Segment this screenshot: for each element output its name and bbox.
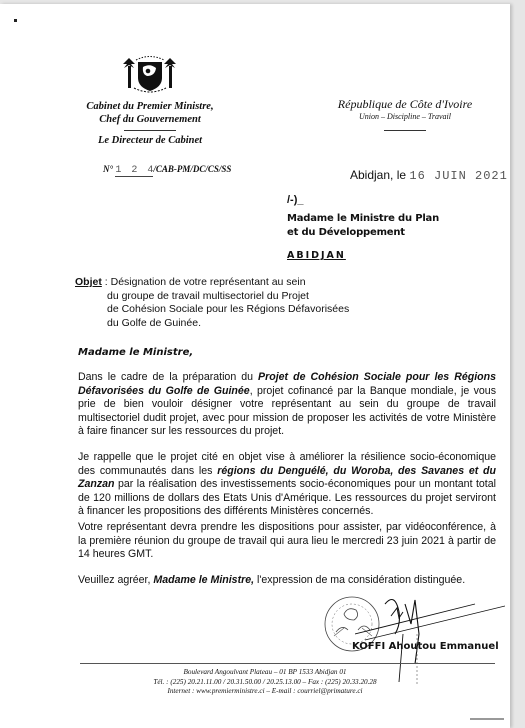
footer-web: Internet : www.premierministre.ci – E-ma… (100, 687, 430, 697)
subject-line: de Cohésion Sociale pour les Régions Déf… (75, 303, 375, 317)
date-place: Abidjan, le (350, 168, 406, 182)
date-line: Abidjan, le 16 JUIN 2021 (350, 168, 508, 183)
subject-line: du groupe de travail multisectoriel du P… (75, 290, 375, 304)
paragraph-3: Votre représentant devra prendre les dis… (78, 521, 496, 562)
paragraph-text: l'expression de ma considération disting… (254, 574, 465, 586)
paragraph-1: Dans le cadre de la préparation du Proje… (78, 371, 496, 439)
divider (124, 130, 176, 131)
addressee-line-2: et du Développement (287, 226, 439, 240)
footer-contact: Boulevard Angoulvant Plateau – 01 BP 153… (100, 668, 430, 697)
addressee-city: ABIDJAN (287, 250, 346, 261)
reference-prefix: N° (103, 164, 113, 174)
footer-address: Boulevard Angoulvant Plateau – 01 BP 153… (100, 668, 430, 678)
scan-artifact-line (470, 718, 504, 720)
divider (384, 130, 426, 131)
paragraph-text: par la réalisation des investissements s… (78, 478, 496, 517)
salutation: Madame le Ministre, (78, 347, 193, 358)
reference-stamp-number: 1 2 4 · (115, 165, 153, 177)
footer-divider (80, 663, 495, 664)
country-name: République de Côte d'Ivoire (330, 97, 480, 112)
issuer-block: Cabinet du Premier Ministre, Chef du Gou… (70, 100, 230, 147)
issuer-title: Le Directeur de Cabinet (70, 134, 230, 147)
subject-block: Objet : Désignation de votre représentan… (75, 276, 375, 330)
closing-paragraph: Veuillez agréer, Madame le Ministre, l'e… (78, 574, 496, 588)
date-stamp: 16 JUIN 2021 (409, 169, 507, 183)
closing-addressee: Madame le Ministre, (153, 574, 254, 586)
addressee-block: Madame le Ministre du Plan et du Dévelop… (287, 212, 439, 240)
signatory-name: KOFFI Ahoutou Emmanuel (352, 641, 499, 652)
paragraph-2: Je rappelle que le projet cité en objet … (78, 451, 496, 519)
subject-line: Désignation de votre représentant au sei… (111, 276, 306, 288)
subject-label: Objet (75, 276, 102, 288)
issuer-line-1: Cabinet du Premier Ministre, (70, 100, 230, 113)
letter-page: Cabinet du Premier Ministre, Chef du Gou… (0, 4, 510, 728)
footer-phones: Tél. : (225) 20.21.11.00 / 20.31.50.00 /… (100, 678, 430, 688)
handwritten-mark: /-)_ (287, 194, 304, 206)
coat-of-arms-icon (122, 54, 178, 94)
paragraph-text: Veuillez agréer, (78, 574, 153, 586)
paragraph-text: Dans le cadre de la préparation du (78, 371, 258, 383)
scan-artifact (14, 19, 17, 22)
subject-separator: : (102, 276, 111, 288)
subject-line: du Golfe de Guinée. (75, 317, 375, 331)
issuer-line-2: Chef du Gouvernement (70, 113, 230, 126)
reference-number: N° 1 2 4 ·/CAB-PM/DC/CS/SS (103, 164, 231, 177)
reference-suffix: /CAB-PM/DC/CS/SS (153, 164, 231, 174)
addressee-line-1: Madame le Ministre du Plan (287, 212, 439, 226)
country-block: République de Côte d'Ivoire Union – Disc… (330, 97, 480, 131)
country-motto: Union – Discipline – Travail (330, 112, 480, 122)
